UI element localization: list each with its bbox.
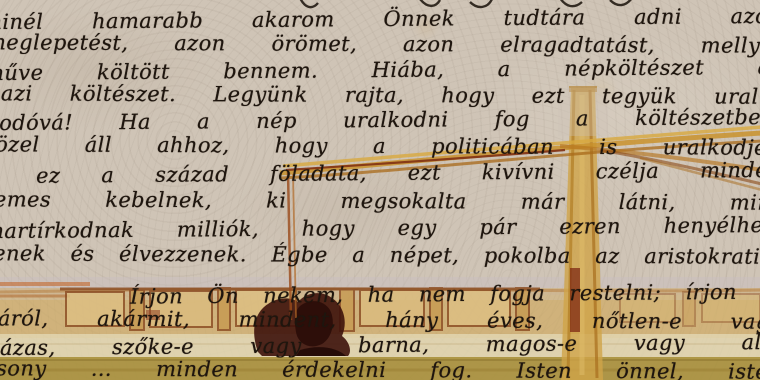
- manuscript-page: minél hamarabb akarom Önnek tudtára adni…: [0, 0, 760, 380]
- manuscript-line: senek és élvezzenek. Égbe a népet, pokol…: [0, 240, 760, 269]
- manuscript-line: Írjon Ön nekem, ha nem fogja restelni; í…: [130, 278, 760, 309]
- manuscript-line: közel áll ahhoz, hogy a politicában is u…: [0, 131, 760, 160]
- manuscript-line: csony … minden érdekelni fog. Isten önne…: [0, 355, 760, 380]
- manuscript-line: nemes kebelnek, ki megsokalta már látni,…: [0, 186, 760, 215]
